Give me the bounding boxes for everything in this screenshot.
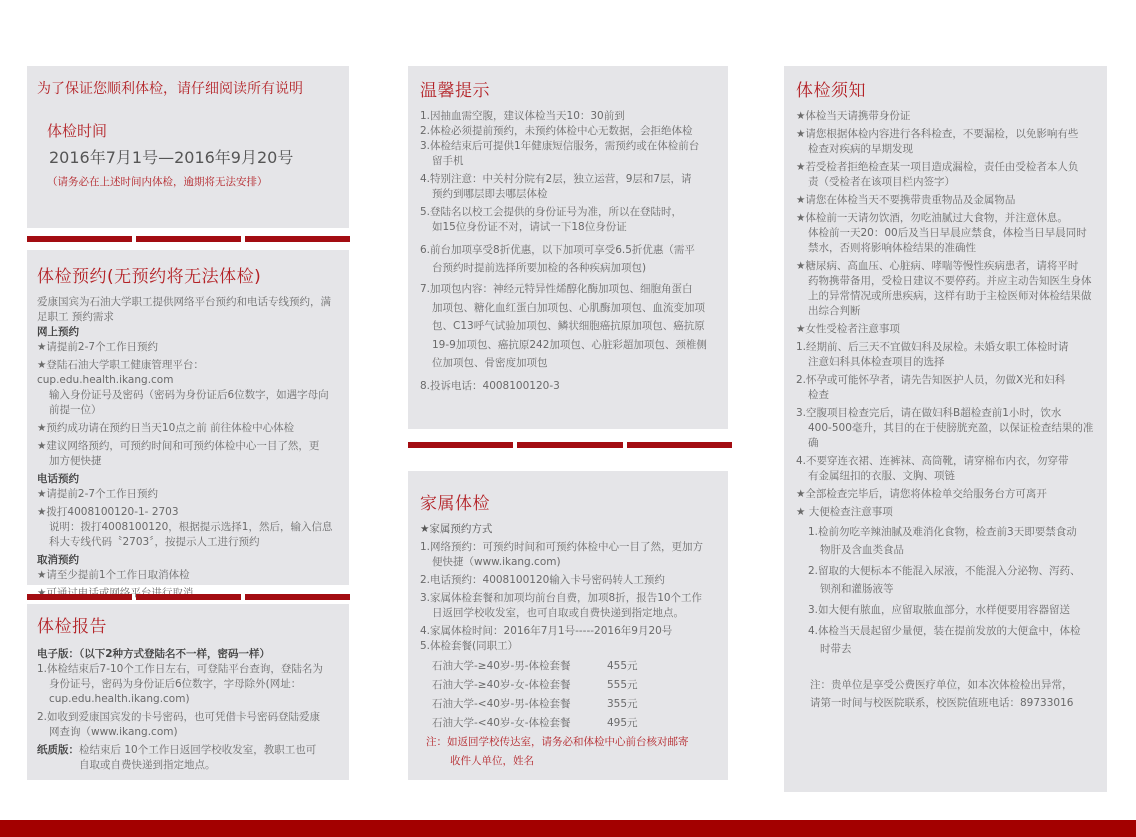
list-item: 4.不要穿连衣裙、连裤袜、高筒靴，请穿棉布内衣，勿穿带有金属纽扣的衣服、文胸、项…: [796, 454, 1095, 484]
booking-title: 体检预约(无预约将无法体检): [37, 262, 339, 287]
list-item: 2.留取的大便标本不能混入尿液，不能混入分泌物、泻药、钡剂和灌肠液等: [808, 562, 1095, 598]
list-item: ★体检前一天请勿饮酒，勿吃油腻过大食物，并注意休息。体检前一天20：00后及当日…: [796, 211, 1095, 256]
female-notes-list: 1.经期前、后三天不宜做妇科及尿检。未婚女职工体检时请注意妇科具体检查项目的选择…: [796, 340, 1095, 484]
list-item: 1.因抽血需空腹，建议体检当天10：30前到: [420, 109, 716, 124]
list-item: 1.网络预约：可预约时间和可预约体检中心一目了然，更加方便快捷（www.ikan…: [420, 540, 716, 570]
list-item: ★预约成功请在预约日当天10点之前 前往体检中心体检: [37, 421, 339, 436]
list-item: 8.投诉电话：4008100120-3: [420, 379, 716, 394]
hospital-note: 注：贵单位是享受公费医疗单位，如本次体检检出异常， 请第一时间与校医院联系，校医…: [796, 676, 1095, 712]
notice-title: 体检须知: [796, 76, 1095, 101]
list-item: ★体检当天请携带身份证: [796, 109, 1095, 124]
list-item: 5.体检套餐(同职工）: [420, 639, 716, 654]
after-exam-note: ★全部检查完毕后，请您将体检单交给服务台方可离开: [796, 487, 1095, 502]
package-row: 石油大学-<40岁-女-体检套餐495元: [420, 714, 716, 733]
booking-intro: 爱康国宾为石油大学职工提供网络平台预约和电话专线预约，满足职工 预约需求: [37, 295, 339, 325]
online-booking-heading: 网上预约: [37, 325, 339, 340]
list-item: ★登陆石油大学职工健康管理平台：cup.edu.health.ikang.com…: [37, 358, 339, 418]
stool-notes-list: 1.检前勿吃辛辣油腻及难消化食物，检查前3天即要禁食动物肝及含血类食品 2.留取…: [796, 523, 1095, 658]
intro-panel: 为了保证您顺利体检，请仔细阅读所有说明 体检时间 2016年7月1号—2016年…: [27, 66, 349, 228]
online-booking-list: ★请提前2-7个工作日预约 ★登陆石油大学职工健康管理平台：cup.edu.he…: [37, 340, 339, 469]
exam-time-label: 体检时间: [47, 120, 339, 141]
list-item: ★请至少提前1个工作日取消体检: [37, 568, 339, 583]
booking-panel: 体检预约(无预约将无法体检) 爱康国宾为石油大学职工提供网络平台预约和电话专线预…: [27, 250, 349, 585]
footer-bar: [0, 820, 1136, 837]
list-item: ★女性受检者注意事项: [796, 322, 1095, 337]
package-row: 石油大学-≥40岁-男-体检套餐455元: [420, 657, 716, 676]
list-item: 4.家属体检时间：2016年7月1号-----2016年9月20号: [420, 624, 716, 639]
list-item: 2.电话预约：4008100120输入卡号密码转人工预约: [420, 573, 716, 588]
list-item: 3.空腹项目检查完后，请在做妇科B超检查前1小时，饮水400-500毫升，其目的…: [796, 406, 1095, 451]
package-row: 石油大学-<40岁-男-体检套餐355元: [420, 695, 716, 714]
intro-headline: 为了保证您顺利体检，请仔细阅读所有说明: [37, 78, 339, 98]
paper-version: 纸质版：检结束后 10个工作日返回学校收发室，教职工也可 自取或自费快递到指定地…: [37, 743, 339, 773]
cancel-booking-heading: 取消预约: [37, 553, 339, 568]
list-item: 7.加项包内容：神经元特异性烯醇化酶加项包、细胞角蛋白加项包、糖化血红蛋白加项包…: [420, 280, 716, 373]
list-item: ★拨打4008100120-1- 2703说明：拨打4008100120，根据提…: [37, 505, 339, 550]
list-item: ★若受检者拒绝检查某一项目造成漏检，责任由受检者本人负责（受检者在该项目栏内签字…: [796, 160, 1095, 190]
package-row: 石油大学-≥40岁-女-体检套餐555元: [420, 676, 716, 695]
phone-booking-heading: 电话预约: [37, 472, 339, 487]
divider-bars: [408, 442, 732, 448]
list-item: 2.体检必须提前预约，未预约体检中心无数据，会拒绝体检: [420, 124, 716, 139]
family-panel: 家属体检 ★家属预约方式 1.网络预约：可预约时间和可预约体检中心一目了然，更加…: [408, 471, 728, 780]
divider-bars: [27, 236, 350, 242]
tips-title: 温馨提示: [420, 76, 716, 101]
notice-list: ★体检当天请携带身份证 ★请您根据体检内容进行各科检查，不要漏检，以免影响有些检…: [796, 109, 1095, 337]
family-subhead: ★家属预约方式: [420, 522, 716, 537]
list-item: 1.检前勿吃辛辣油腻及难消化食物，检查前3天即要禁食动物肝及含血类食品: [808, 523, 1095, 559]
list-item: 3.家属体检套餐和加项均前台自费，加项8折，报告10个工作日返回学校收发室，也可…: [420, 591, 716, 621]
list-item: ★请您根据体检内容进行各科检查，不要漏检，以免影响有些检查对疾病的早期发现: [796, 127, 1095, 157]
exam-time-note: （请务必在上述时间内体检，逾期将无法安排）: [47, 174, 339, 189]
list-item: 2.如收到爱康国宾发的卡号密码，也可凭借卡号密码登陆爱康网查询（www.ikan…: [37, 710, 339, 740]
list-item: 2.怀孕或可能怀孕者，请先告知医护人员，勿做X光和妇科检查: [796, 373, 1095, 403]
list-item: 1.经期前、后三天不宜做妇科及尿检。未婚女职工体检时请注意妇科具体检查项目的选择: [796, 340, 1095, 370]
divider-bars: [27, 594, 350, 600]
list-item: 4.体检当天晨起留少量便，装在提前发放的大便盒中，体检时带去: [808, 622, 1095, 658]
list-item: 3.如大便有脓血，应留取脓血部分，水样便要用容器留送: [808, 601, 1095, 619]
package-list: 石油大学-≥40岁-男-体检套餐455元 石油大学-≥40岁-女-体检套餐555…: [420, 657, 716, 733]
family-title: 家属体检: [420, 489, 716, 514]
list-item: 4.特别注意：中关村分院有2层，独立运营，9层和7层，请预约到哪层即去哪层体检: [420, 172, 716, 202]
notice-panel: 体检须知 ★体检当天请携带身份证 ★请您根据体检内容进行各科检查，不要漏检，以免…: [784, 66, 1107, 792]
tips-panel: 温馨提示 1.因抽血需空腹，建议体检当天10：30前到 2.体检必须提前预约，未…: [408, 66, 728, 429]
list-item: ★建议网络预约，可预约时间和可预约体检中心一目了然，更加方便快捷: [37, 439, 339, 469]
exam-time-value: 2016年7月1号—2016年9月20号: [49, 145, 339, 168]
list-item: 6.前台加项享受8折优惠，以下加项可享受6.5折优惠（需平台预约时提前选择所要加…: [420, 241, 716, 277]
list-item: ★请提前2-7个工作日预约: [37, 340, 339, 355]
tips-list: 1.因抽血需空腹，建议体检当天10：30前到 2.体检必须提前预约，未预约体检中…: [420, 109, 716, 394]
family-list: 1.网络预约：可预约时间和可预约体检中心一目了然，更加方便快捷（www.ikan…: [420, 540, 716, 654]
list-item: 5.登陆名以校工会提供的身份证号为准，所以在登陆时，如15位身份证不对，请试一下…: [420, 205, 716, 235]
paper-label: 纸质版：: [37, 744, 79, 756]
list-item: ★请您在体检当天不要携带贵重物品及金属物品: [796, 193, 1095, 208]
electronic-heading: 电子版：（以下2种方式登陆名不一样，密码一样）: [37, 647, 339, 662]
list-item: 1.体检结束后7-10个工作日左右，可登陆平台查询，登陆名为身份证号，密码为身份…: [37, 662, 339, 707]
phone-booking-list: ★请提前2-7个工作日预约 ★拨打4008100120-1- 2703说明：拨打…: [37, 487, 339, 550]
list-item: 3.体检结束后可提供1年健康短信服务，需预约或在体检前台留手机: [420, 139, 716, 169]
list-item: ★糖尿病、高血压、心脏病、哮喘等慢性疾病患者，请将平时药物携带备用，受检日建议不…: [796, 259, 1095, 319]
list-item: ★请提前2-7个工作日预约: [37, 487, 339, 502]
family-note: 注：如返回学校传达室，请务必和体检中心前台核对邮寄 收件人单位，姓名: [420, 733, 716, 771]
report-panel: 体检报告 电子版：（以下2种方式登陆名不一样，密码一样） 1.体检结束后7-10…: [27, 604, 349, 780]
stool-heading: ★ 大便检查注意事项: [796, 505, 1095, 520]
report-title: 体检报告: [37, 612, 339, 637]
